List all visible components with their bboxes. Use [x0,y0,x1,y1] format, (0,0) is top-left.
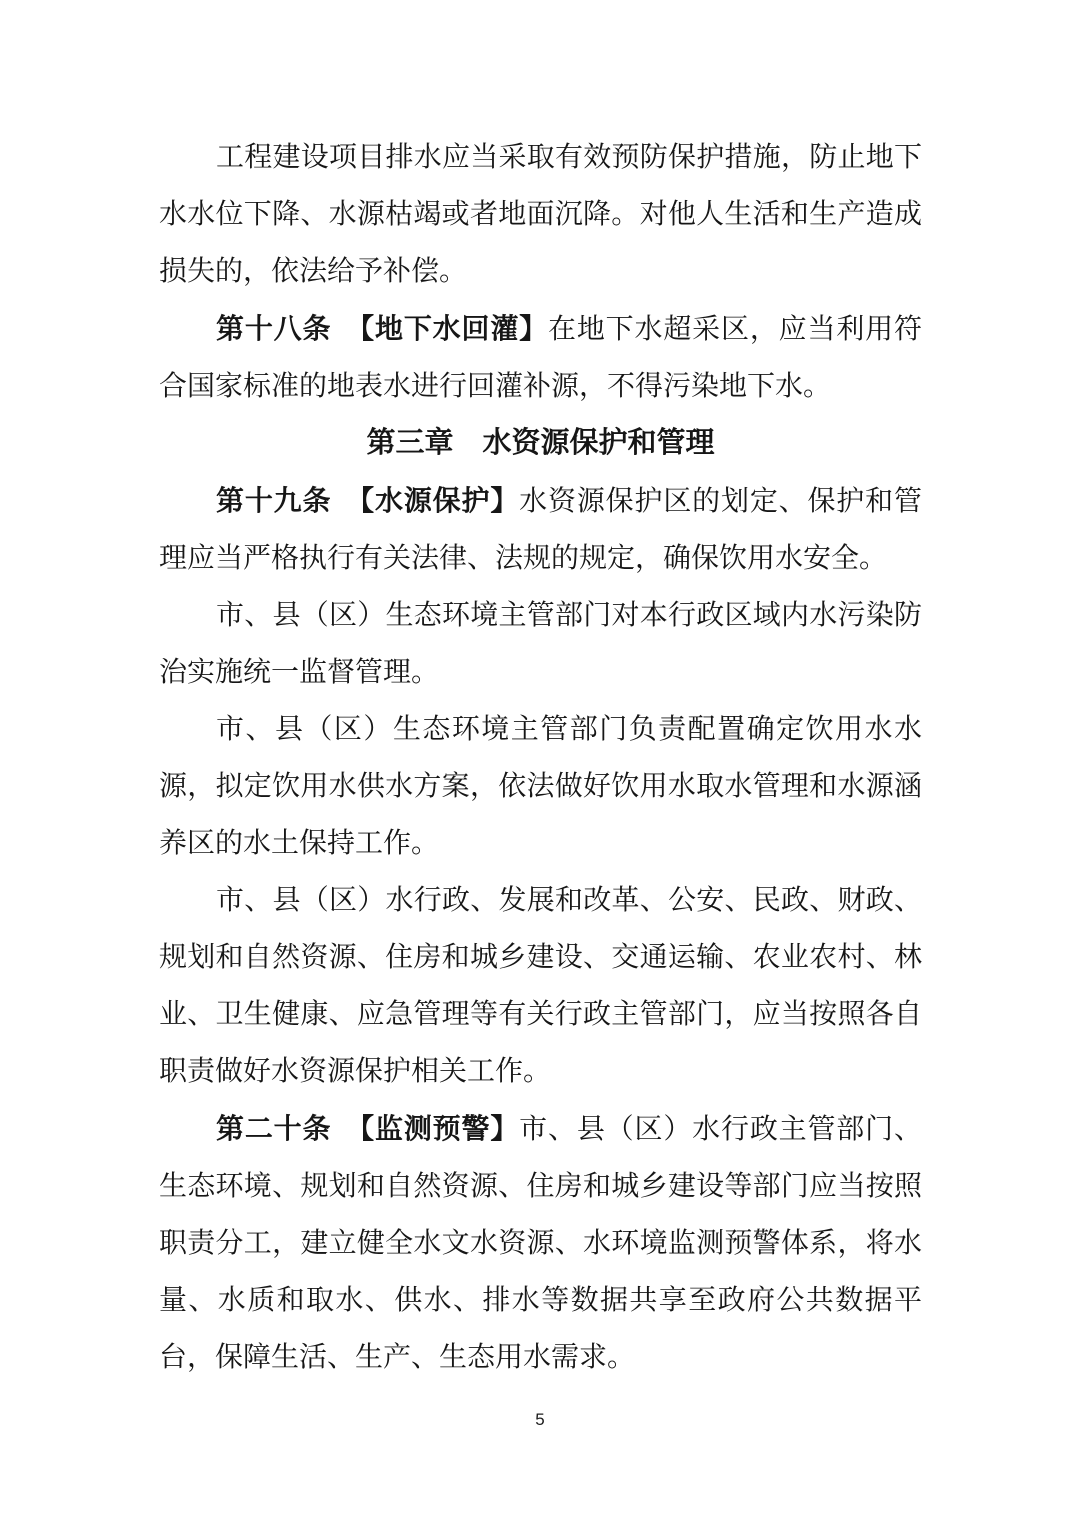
paragraph-text: 市、县（区）生态环境主管部门负责配置确定饮用水水源，拟定饮用水供水方案，依法做好… [159,714,922,859]
paragraph-text: 市、县（区）水行政主管部门、生态环境、规划和自然资源、住房和城乡建设等部门应当按… [159,1114,922,1373]
paragraph-text: 工程建设项目排水应当采取有效预防保护措施，防止地下水水位下降、水源枯竭或者地面沉… [159,142,922,287]
article-label: 第二十条 【监测预警】 [216,1113,519,1144]
paragraph-text: 市、县（区）生态环境主管部门对本行政区域内水污染防治实施统一监督管理。 [159,600,922,688]
paragraph: 市、县（区）生态环境主管部门对本行政区域内水污染防治实施统一监督管理。 [159,587,922,701]
article-label: 第十八条 【地下水回灌】 [216,313,548,344]
paragraph: 市、县（区）水行政、发展和改革、公安、民政、财政、规划和自然资源、住房和城乡建设… [159,872,922,1100]
paragraph-text: 市、县（区）水行政、发展和改革、公安、民政、财政、规划和自然资源、住房和城乡建设… [159,885,922,1087]
document-body: 工程建设项目排水应当采取有效预防保护措施，防止地下水水位下降、水源枯竭或者地面沉… [159,129,922,1386]
article-label: 第十九条 【水源保护】 [216,485,519,516]
page-number: 5 [0,1408,1080,1432]
paragraph: 第二十条 【监测预警】市、县（区）水行政主管部门、生态环境、规划和自然资源、住房… [159,1100,922,1386]
paragraph: 第十九条 【水源保护】水资源保护区的划定、保护和管理应当严格执行有关法律、法规的… [159,472,922,587]
document-page: 工程建设项目排水应当采取有效预防保护措施，防止地下水水位下降、水源枯竭或者地面沉… [0,0,1080,1527]
chapter-heading: 第三章 水资源保护和管理 [159,415,922,472]
paragraph: 工程建设项目排水应当采取有效预防保护措施，防止地下水水位下降、水源枯竭或者地面沉… [159,129,922,300]
paragraph: 第十八条 【地下水回灌】在地下水超采区，应当利用符合国家标准的地表水进行回灌补源… [159,300,922,415]
paragraph: 市、县（区）生态环境主管部门负责配置确定饮用水水源，拟定饮用水供水方案，依法做好… [159,701,922,872]
chapter-heading-text: 第三章 水资源保护和管理 [366,427,714,459]
